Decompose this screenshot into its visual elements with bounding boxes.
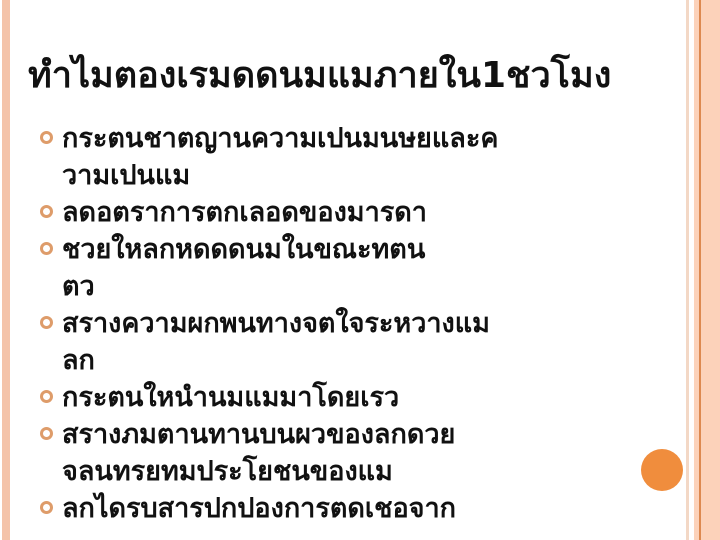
ring-bullet-icon <box>40 205 53 218</box>
slide-title: ทำไมตองเรมดดนมแมภายใน1ชวโมง <box>28 46 611 103</box>
bullet-text-continuation: ตว <box>62 268 670 305</box>
list-item: ลดอตราการตกเลอดของมารดา <box>40 194 670 231</box>
ring-bullet-icon <box>40 242 53 255</box>
bullet-list: กระตนชาตญานความเปนมนษยและค วามเปนแม ลดอต… <box>40 120 670 527</box>
bullet-text: ลดอตราการตกเลอดของมารดา <box>62 194 670 231</box>
slide-canvas: ทำไมตองเรมดดนมแมภายใน1ชวโมง กระตนชาตญานค… <box>0 0 720 540</box>
bullet-text: สรางความผกพนทางจตใจระหวางแม <box>62 305 670 342</box>
right-accent-band <box>694 0 720 540</box>
ring-bullet-icon <box>40 427 53 440</box>
right-dark-accent-line <box>699 0 701 540</box>
ring-bullet-icon <box>40 131 53 144</box>
bullet-text: ลกไดรบสารปกปองการตดเชอจาก <box>62 490 670 527</box>
ring-bullet-icon <box>40 501 53 514</box>
list-item: สรางความผกพนทางจตใจระหวางแม ลก <box>40 305 670 379</box>
bullet-text: กระตนชาตญานความเปนมนษยและค <box>62 120 670 157</box>
list-item: สรางภมตานทานบนผวของลกดวย จลนทรยทมประโยชน… <box>40 416 670 490</box>
left-accent-bar <box>2 0 10 540</box>
right-thin-accent-line <box>686 0 689 540</box>
list-item: ลกไดรบสารปกปองการตดเชอจาก <box>40 490 670 527</box>
list-item: กระตนชาตญานความเปนมนษยและค วามเปนแม <box>40 120 670 194</box>
bullet-text-continuation: ลก <box>62 342 670 379</box>
bullet-text-continuation: จลนทรยทมประโยชนของแม <box>62 453 670 490</box>
ring-bullet-icon <box>40 316 53 329</box>
list-item: ชวยใหลกหดดดนมในขณะทตน ตว <box>40 231 670 305</box>
bullet-text: กระตนใหนำนมแมมาโดยเรว <box>62 379 670 416</box>
ring-bullet-icon <box>40 390 53 403</box>
bullet-text: ชวยใหลกหดดดนมในขณะทตน <box>62 231 670 268</box>
bullet-text-continuation: วามเปนแม <box>62 157 670 194</box>
bullet-text: สรางภมตานทานบนผวของลกดวย <box>62 416 670 453</box>
list-item: กระตนใหนำนมแมมาโดยเรว <box>40 379 670 416</box>
